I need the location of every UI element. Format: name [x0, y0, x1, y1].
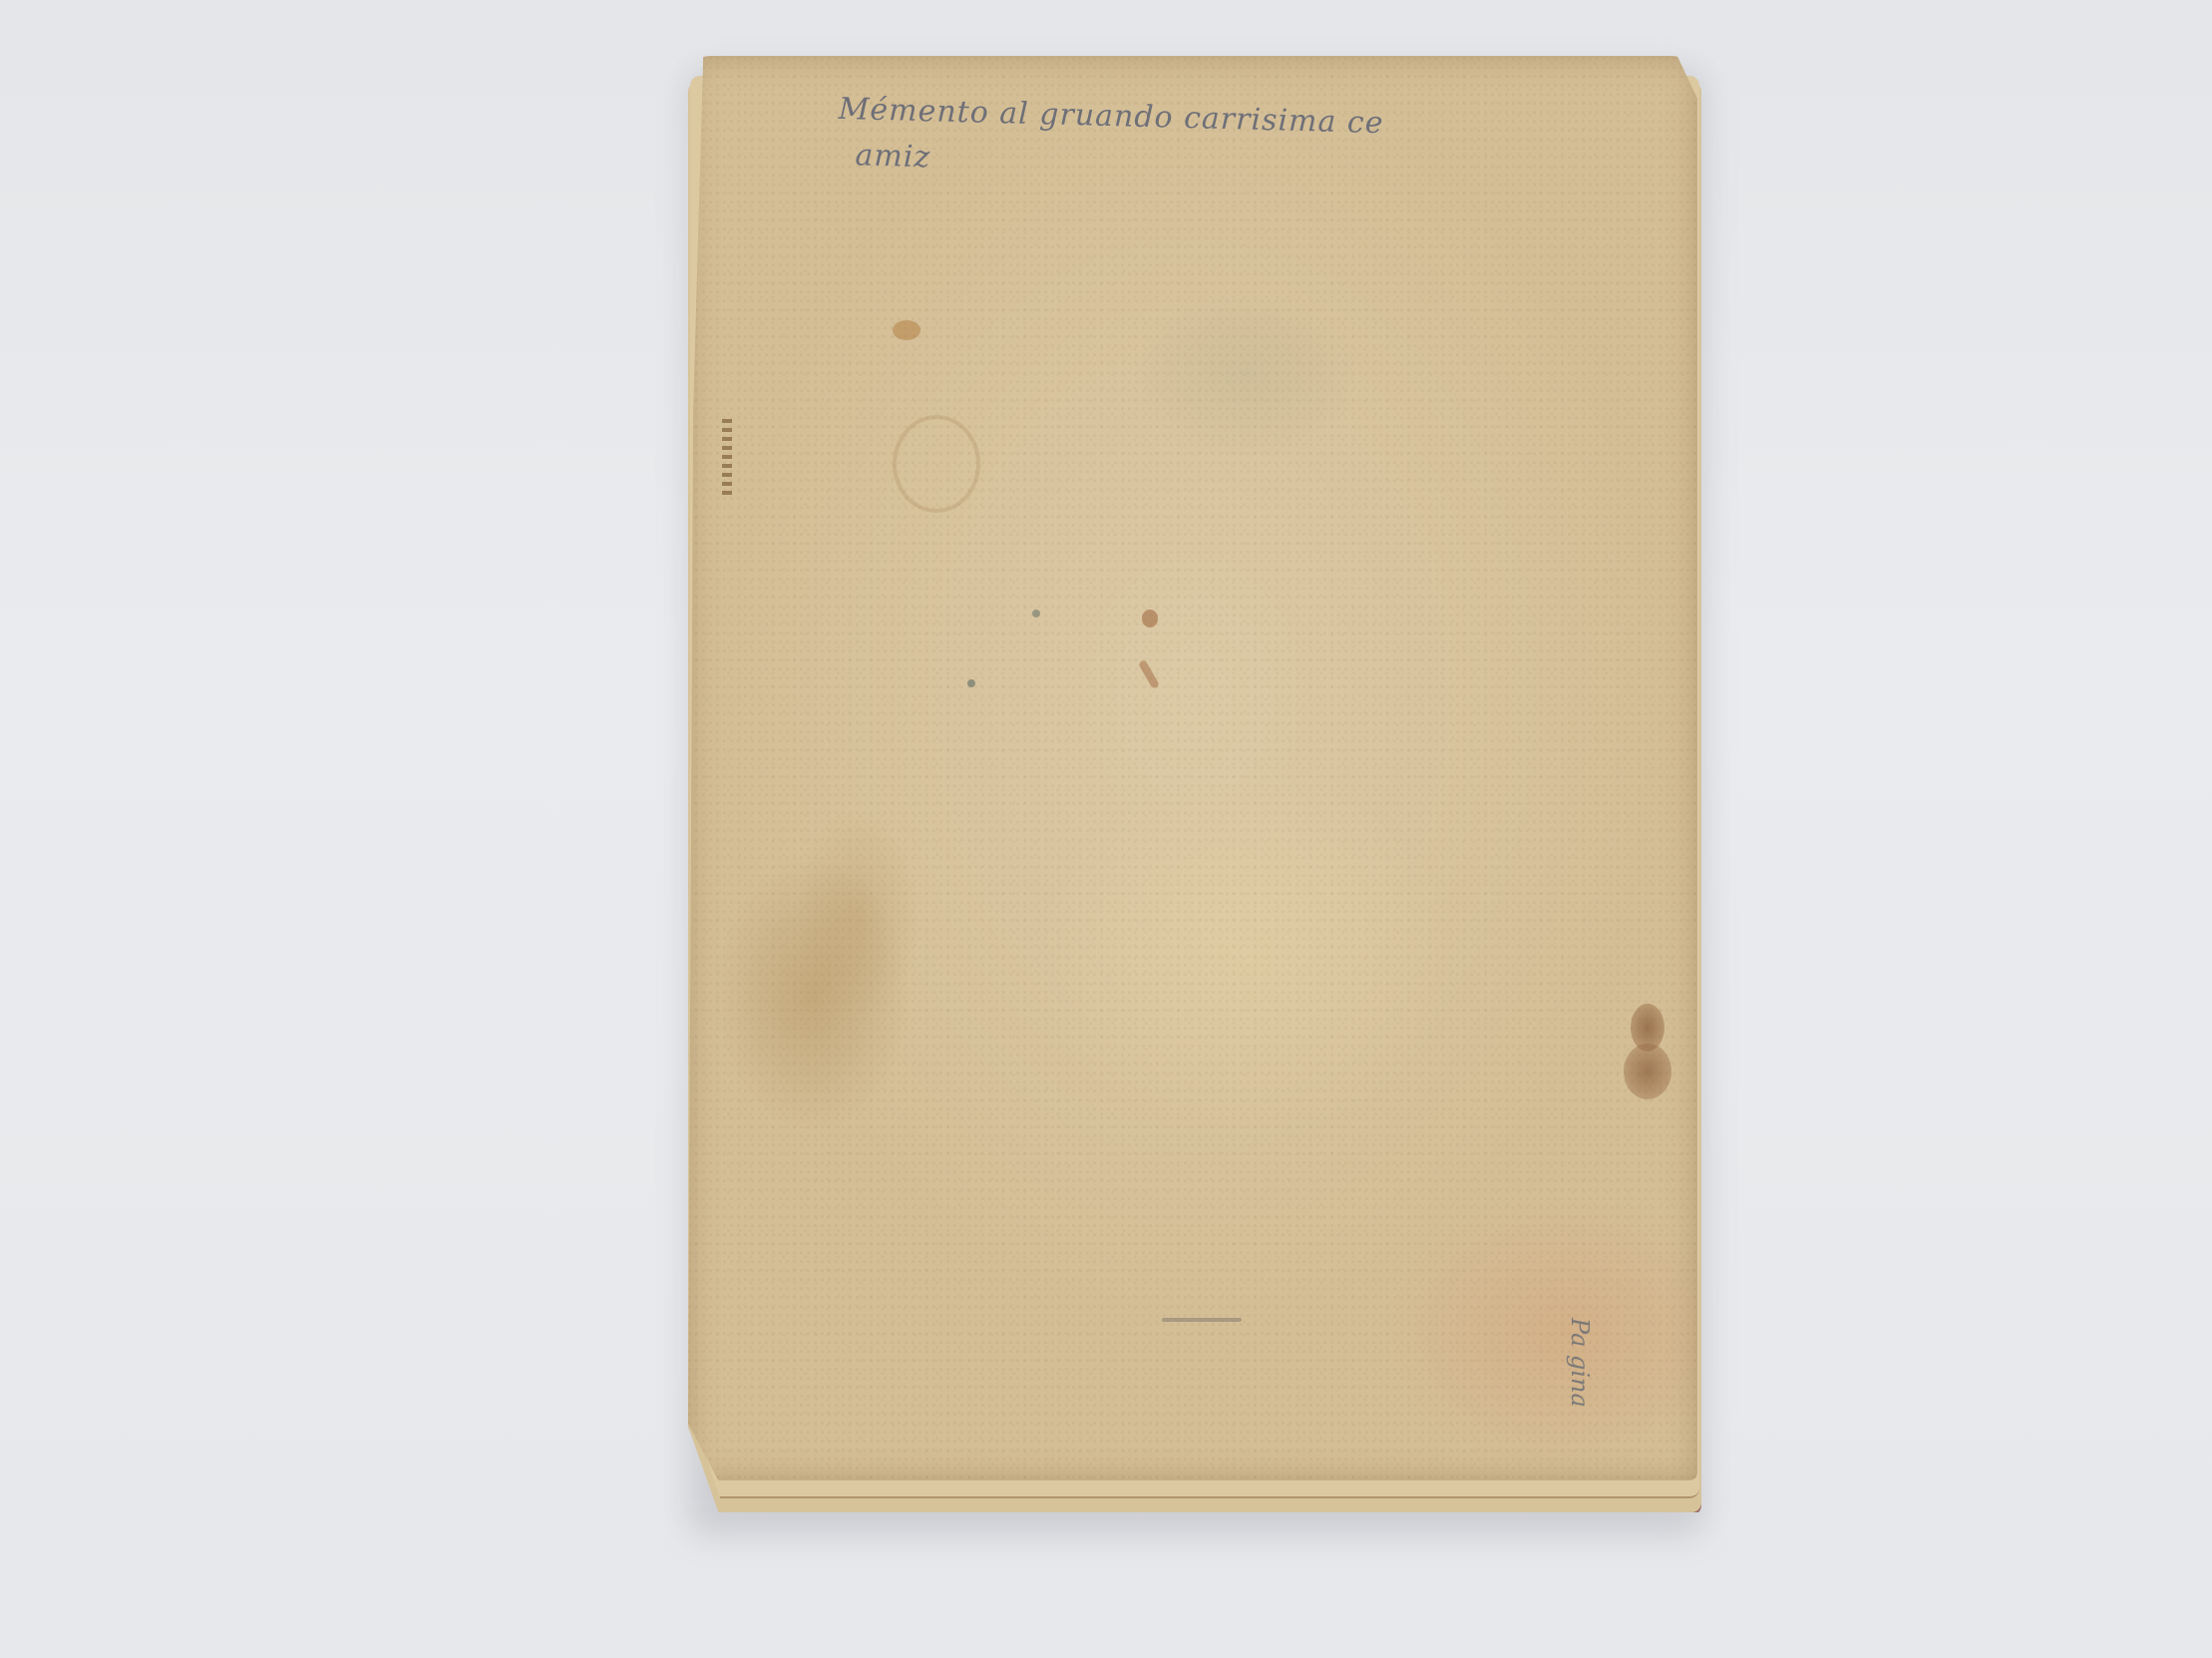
handwritten-inscription: Mémento al gruando carrisima ce amiz	[837, 87, 1384, 193]
inscription-line-1: Mémento al gruando carrisima ce	[838, 92, 1384, 141]
frayed-spine-edge	[722, 419, 732, 499]
stain-ring	[893, 415, 980, 513]
pencil-signature: Pa gina	[1566, 1318, 1594, 1408]
notebook-back-cover: Mémento al gruando carrisima ce amiz Pa …	[688, 56, 1697, 1480]
stain-drip	[1624, 1043, 1671, 1099]
stain-spot	[893, 320, 921, 340]
stain-spot	[1142, 610, 1158, 627]
stain-spot	[967, 679, 975, 687]
stain-streak	[1138, 659, 1160, 689]
stain-mark	[1162, 1318, 1242, 1322]
stain-spot	[1032, 610, 1040, 618]
inscription-line-2: amiz	[837, 133, 1383, 193]
photo-scene: Mémento al gruando carrisima ce amiz Pa …	[0, 0, 2212, 1658]
